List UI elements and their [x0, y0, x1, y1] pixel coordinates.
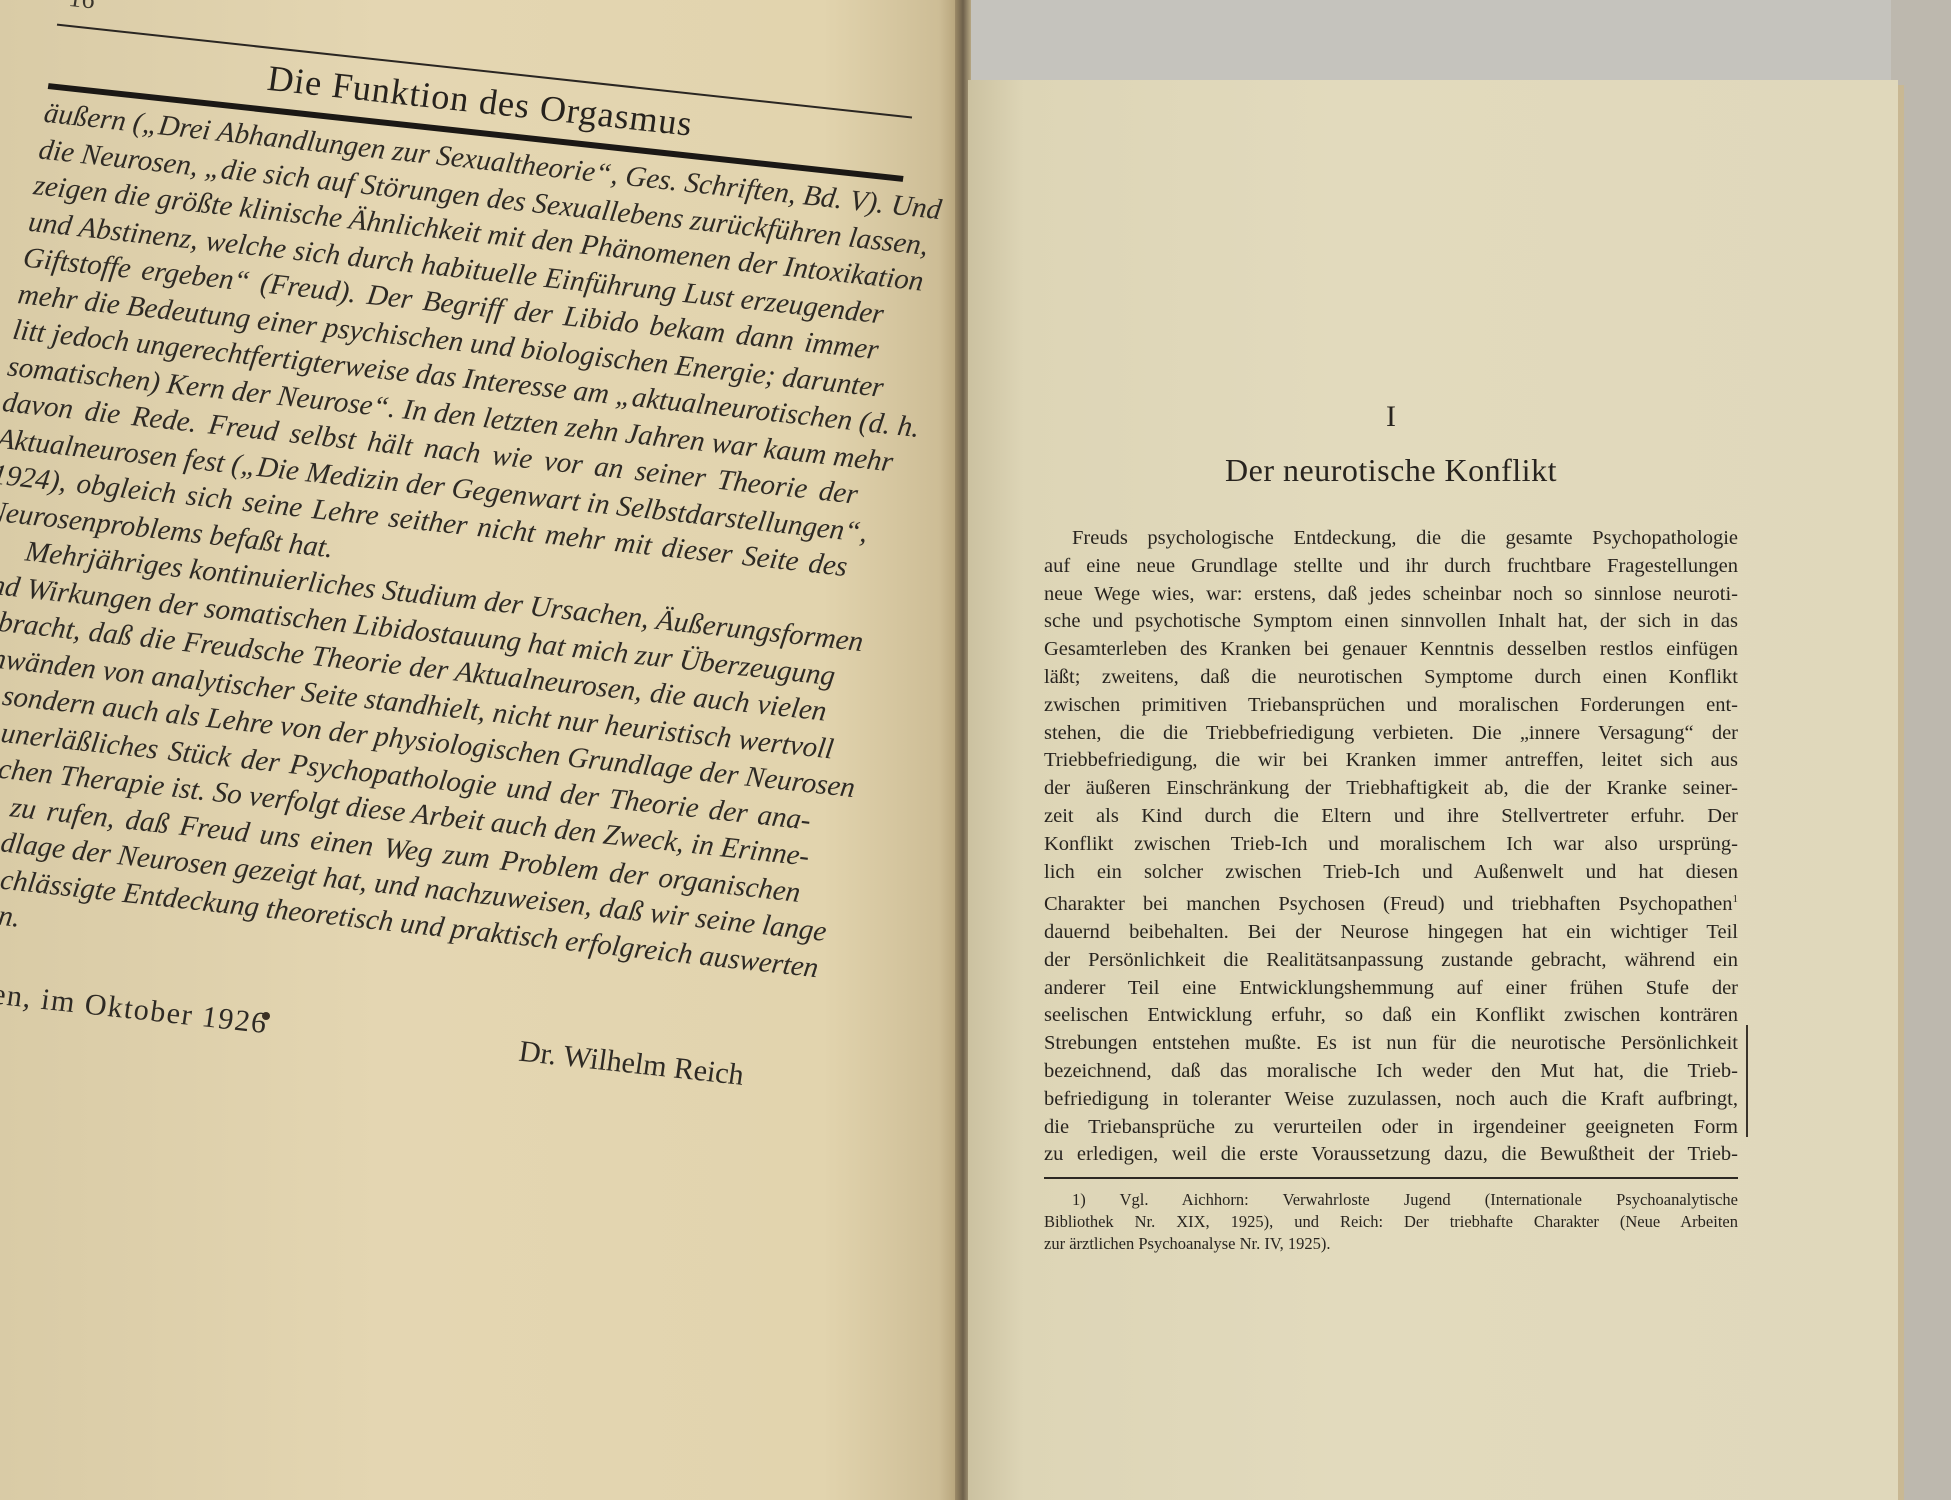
footnote-line: zur ärztlichen Psychoanalyse Nr. IV, 192…	[1044, 1233, 1738, 1255]
text-line: zeit als Kind durch die Eltern und ihre …	[1044, 803, 1738, 831]
text-line: anderer Teil eine Entwicklungshemmung au…	[1044, 975, 1738, 1003]
left-page: 16 Die Funktion des Orgasmus äußern („Dr…	[0, 0, 968, 1500]
footnote-line: Bibliothek Nr. XIX, 1925), und Reich: De…	[1044, 1211, 1738, 1233]
text-line: Triebbefriedigung, die wir bei Kranken i…	[1044, 747, 1738, 775]
chapter-number: I	[1044, 400, 1738, 434]
text-line: seelischen Entwicklung erfuhr, so daß ei…	[1044, 1002, 1738, 1030]
text-line: Strebungen entstehen mußte. Es ist nun f…	[1044, 1030, 1738, 1058]
author-signature: Dr. Wilhelm Reich	[517, 1033, 747, 1094]
text-line: neue Wege wies, war: erstens, daß jedes …	[1044, 581, 1738, 609]
left-page-content: 16 Die Funktion des Orgasmus äußern („Dr…	[0, 0, 917, 1097]
footnote-divider	[1044, 1177, 1738, 1179]
page-number: 16	[67, 0, 97, 15]
right-page: I Der neurotische Konflikt Freuds psycho…	[968, 80, 1898, 1500]
text-line: zwischen primitiven Triebansprüchen und …	[1044, 692, 1738, 720]
text-line: Konflikt zwischen Trieb-Ich und moralisc…	[1044, 831, 1738, 859]
preface-text: äußern („Drei Abhandlungen zur Sexualthe…	[0, 95, 902, 1097]
text-line: zu erledigen, weil die erste Voraussetzu…	[1044, 1141, 1738, 1169]
footnote: 1) Vgl. Aichhorn: Verwahrloste Jugend (I…	[1044, 1189, 1738, 1255]
margin-pencil-mark	[1746, 1025, 1748, 1137]
text-line: sche und psychotische Symptom einen sinn…	[1044, 608, 1738, 636]
chapter-body-text: Freuds psychologische Entdeckung, die di…	[1044, 525, 1738, 1169]
place-date: Wien, im Oktober 1926	[0, 972, 270, 1042]
text-line: stehen, die die Triebbefriedigung verbie…	[1044, 720, 1738, 748]
text-line: Freuds psychologische Entdeckung, die di…	[1044, 525, 1738, 553]
text-line: die Triebansprüche zu verurteilen oder i…	[1044, 1114, 1738, 1142]
page-edge	[1898, 85, 1904, 1500]
text-line: Gesamterleben des Kranken bei genauer Ke…	[1044, 636, 1738, 664]
background-top	[900, 0, 1951, 80]
text-line: bezeichnend, daß das moralische Ich wede…	[1044, 1058, 1738, 1086]
footnote-marker: 1	[1733, 893, 1739, 905]
chapter-title: Der neurotische Konflikt	[1044, 452, 1738, 489]
text-segment: Charakter bei manchen Psychosen (Freud) …	[1044, 893, 1733, 915]
footnote-line: 1) Vgl. Aichhorn: Verwahrloste Jugend (I…	[1044, 1189, 1738, 1211]
text-line: lich ein solcher zwischen Trieb-Ich und …	[1044, 859, 1738, 887]
text-line: befriedigung in toleranter Weise zuzulas…	[1044, 1086, 1738, 1114]
text-line: der Persönlichkeit die Realitätsanpassun…	[1044, 947, 1738, 975]
text-line: auf eine neue Grundlage stellte und ihr …	[1044, 553, 1738, 581]
right-page-content: I Der neurotische Konflikt Freuds psycho…	[1044, 400, 1738, 1255]
ink-spot	[262, 1012, 270, 1020]
text-line: Charakter bei manchen Psychosen (Freud) …	[1044, 886, 1738, 919]
text-line: dauernd beibehalten. Bei der Neurose hin…	[1044, 919, 1738, 947]
text-line: der äußeren Einschränkung der Triebhafti…	[1044, 775, 1738, 803]
text-line: läßt; zweitens, daß die neurotischen Sym…	[1044, 664, 1738, 692]
